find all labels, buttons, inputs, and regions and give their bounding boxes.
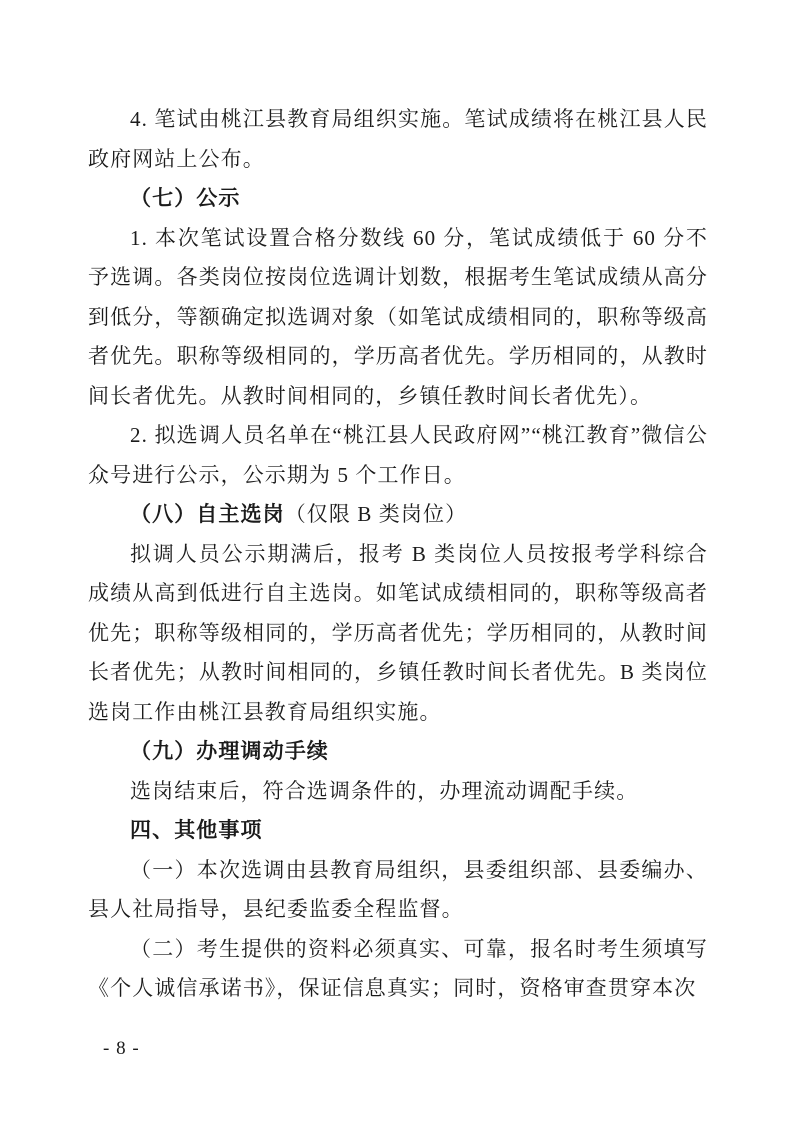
- paragraph-transfer-procedure: 选岗结束后，符合选调条件的，办理流动调配手续。: [88, 772, 708, 812]
- paragraph-other-matters-1: （一）本次选调由县教育局组织，县委组织部、县委编办、县人社局指导，县纪委监委全程…: [88, 851, 708, 930]
- paragraph-other-matters-2: （二）考生提供的资料必须真实、可靠，报名时考生须填写《个人诚信承诺书》，保证信息…: [88, 930, 708, 1009]
- document-body: 4. 笔试由桃江县教育局组织实施。笔试成绩将在桃江县人民政府网站上公布。 （七）…: [88, 100, 708, 1009]
- heading-section-7-publicity: （七）公示: [88, 179, 708, 219]
- heading-section-9-transfer-procedure: （九）办理调动手续: [88, 732, 708, 772]
- heading-section-8-self-selection: （八）自主选岗（仅限 B 类岗位）: [88, 495, 708, 535]
- page-number: - 8 -: [103, 1038, 140, 1060]
- heading-section-8-title: （八）自主选岗: [130, 502, 285, 526]
- paragraph-passing-score: 1. 本次笔试设置合格分数线 60 分，笔试成绩低于 60 分不予选调。各类岗位…: [88, 219, 708, 417]
- paragraph-publicity-period: 2. 拟选调人员名单在“桃江县人民政府网”“桃江教育”微信公众号进行公示，公示期…: [88, 416, 708, 495]
- paragraph-self-selection-rules: 拟调人员公示期满后，报考 B 类岗位人员按报考学科综合成绩从高到低进行自主选岗。…: [88, 535, 708, 733]
- document-page: 4. 笔试由桃江县教育局组织实施。笔试成绩将在桃江县人民政府网站上公布。 （七）…: [0, 0, 793, 1122]
- paragraph-written-exam: 4. 笔试由桃江县教育局组织实施。笔试成绩将在桃江县人民政府网站上公布。: [88, 100, 708, 179]
- heading-part-4-other-matters: 四、其他事项: [88, 811, 708, 851]
- heading-section-8-note: （仅限 B 类岗位）: [285, 502, 468, 526]
